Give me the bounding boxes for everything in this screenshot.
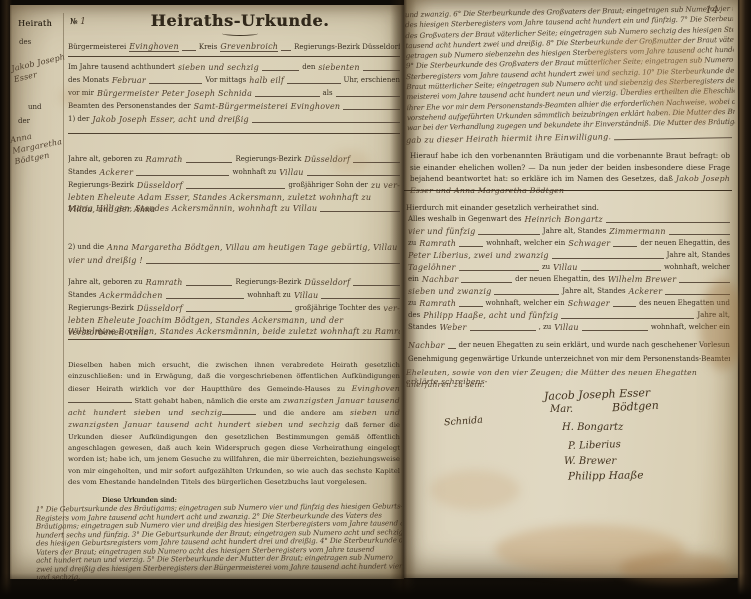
handwritten-text: Ackerer xyxy=(100,168,134,177)
form-number: № 1 xyxy=(70,17,86,27)
fill-line xyxy=(613,245,637,247)
bride-line-status: StandesAckermädchenwohnhaft zuVillau xyxy=(68,291,400,300)
handwritten-text: Samt-Bürgermeisterei Evinghoven xyxy=(194,102,341,111)
signature-witness-1: H. Bongartz xyxy=(562,422,623,433)
signature-witness-3: W. Brewer xyxy=(564,456,616,467)
handwritten-text: Peter Liberius, zwei und zwanzig xyxy=(408,251,549,260)
printed-text: Regierungs-Bezirk xyxy=(235,155,301,164)
printed-text: der neuen Ehegattin, des xyxy=(515,275,605,284)
handwritten-text: Ackermädchen xyxy=(100,291,163,300)
printed-text: Im Jahre tausend achthundert xyxy=(68,63,175,72)
printed-text: Beamten des Personenstandes der xyxy=(68,102,191,111)
printed-text: der neuen Ehegattin, des xyxy=(640,239,730,248)
fill-line xyxy=(561,317,694,319)
printed-text: daß ferner die Urkunden dieser Aufkündig… xyxy=(68,421,400,485)
printed-text: Jahre alt, Standes xyxy=(667,251,730,260)
handwritten-text: Ramrath xyxy=(146,155,183,164)
fill-line xyxy=(459,245,483,247)
section-rule xyxy=(68,56,400,57)
printed-text: Alles weshalb in Gegenwart des xyxy=(408,215,521,224)
handwritten-text: Heinrich Bongartz xyxy=(524,215,602,224)
printed-text: des Monats xyxy=(68,76,109,85)
margin-heading-heirath: Heirath xyxy=(18,19,52,28)
fill-line xyxy=(448,347,456,349)
fill-line xyxy=(146,262,400,264)
witness-line: StandesWeber, zuVillauwohnhaft, welcher … xyxy=(408,323,730,332)
printed-text: wohnhaft, welcher xyxy=(664,263,730,272)
fill-line xyxy=(470,329,536,331)
documents-list: 1° Die Geburtsurkunde des Bräutigams; ei… xyxy=(36,502,403,582)
margin-label-der: der xyxy=(18,117,30,125)
fill-line xyxy=(552,257,664,259)
fill-line xyxy=(166,297,245,299)
fill-line xyxy=(307,174,400,176)
handwritten-text: Düsseldorf xyxy=(137,181,183,190)
section-rule xyxy=(68,339,400,340)
signature-registrar: Schnida xyxy=(444,415,484,429)
handwritten-text: vier und fünfzig xyxy=(408,227,475,236)
handwritten-text: Evinghoven xyxy=(129,42,179,52)
handwritten-text: siebenten xyxy=(318,63,359,72)
fill-line xyxy=(252,121,400,123)
printed-text: Vor mittags xyxy=(205,76,246,85)
fill-line xyxy=(665,293,730,295)
printed-text: wohnhaft, welcher ein xyxy=(486,299,565,308)
fill-line xyxy=(582,329,648,331)
handwritten-text: sieben und zwanzig xyxy=(408,287,491,296)
handwritten-text: Düsseldorf xyxy=(137,304,183,313)
margin-label-des: des xyxy=(19,38,31,46)
handwritten-text: Philipp Haaße, acht und fünfzig xyxy=(423,311,558,320)
section-rule xyxy=(404,190,732,191)
fill-line xyxy=(281,49,291,51)
printed-text: , zu xyxy=(539,323,552,332)
consent-paragraph: Dieselben haben mich ersucht, die zwisch… xyxy=(68,360,400,488)
handwritten-text: Ramrath xyxy=(419,299,456,308)
handwritten-text: Wilhelmine Borellen, Standes Ackersmänni… xyxy=(68,327,400,336)
fill-line xyxy=(287,82,340,84)
handwritten-text: Ramrath xyxy=(419,239,456,248)
bride-parents-line2: Wilhelmine Borellen, Standes Ackersmänni… xyxy=(68,327,400,336)
printed-text: Jahre alt, geboren zu xyxy=(68,278,143,287)
form-line-year: Im Jahre tausend achthundertsieben und s… xyxy=(68,63,400,72)
groom-line-status: StandesAckererwohnhaft zuVillau xyxy=(68,168,400,177)
printed-text: Kreis xyxy=(199,43,218,52)
printed-text: wohnhaft, welcher ein xyxy=(651,323,730,332)
printed-text: Jahre alt, Standes xyxy=(562,287,625,296)
handwritten-text: Anna Margaretha Bödtgen, Villau am heuti… xyxy=(107,243,398,252)
signature-witness-4: Philipp Haaße xyxy=(568,469,644,482)
printed-text: Dieselben haben mich ersucht, die zwisch… xyxy=(68,361,400,393)
handwritten-text: gab zu dieser Heirath hiermit ihre Einwi… xyxy=(406,132,611,145)
fill-line xyxy=(614,136,732,140)
handwritten-text: Weber xyxy=(440,323,467,332)
handwritten-text: sieben und sechzig xyxy=(178,63,259,72)
printed-text: wohnhaft zu xyxy=(232,168,276,177)
margin-divider xyxy=(63,13,64,563)
printed-text: den xyxy=(302,63,315,72)
handwritten-text: Villau xyxy=(553,263,577,272)
book-edge-right xyxy=(737,0,751,599)
printed-text: wohnhaft zu xyxy=(247,291,291,300)
fill-line xyxy=(478,233,539,235)
printed-text: 2) und die xyxy=(68,243,104,252)
signature-bride-last: Bödtgen xyxy=(612,399,659,414)
fill-line xyxy=(182,49,196,51)
fill-line xyxy=(581,269,661,271)
bride-line-district: Regierungs-BezirkDüsseldorfgroßjährige T… xyxy=(68,304,400,313)
fill-line xyxy=(320,210,400,212)
fill-line xyxy=(461,281,512,283)
printed-text: Regierungs-Bezirk xyxy=(235,278,301,287)
handwritten-text: vier und dreißig ! xyxy=(68,256,143,265)
bride-line-birth: Jahre alt, geboren zuRamrathRegierungs-B… xyxy=(68,278,400,287)
closing-handwriting-line: unerfahren zu sein. xyxy=(406,380,606,389)
handwriting-continuation: und zwanzig. 6° Die Sterbeurkunde des Gr… xyxy=(405,4,735,134)
printed-text: zu xyxy=(542,263,550,272)
book-spread-scan: Heirath des Jakob Joseph Esser und der A… xyxy=(0,0,751,599)
witness-line: vier und fünfzigJahre alt, StandesZimmer… xyxy=(408,227,730,236)
fill-line xyxy=(606,221,730,223)
printed-text: Regierungs-Bezirk xyxy=(68,304,134,313)
title-flourish xyxy=(222,31,258,36)
handwritten-text: Ramrath xyxy=(146,278,183,287)
printed-text: vor mir xyxy=(68,89,94,98)
printed-text: wohnhaft, welcher ein xyxy=(486,239,565,248)
witness-line: zuRamrathwohnhaft, welcher einSchwagerde… xyxy=(408,299,730,308)
margin-label-und: und xyxy=(28,103,42,111)
printed-text: Standes xyxy=(68,168,97,177)
fill-line xyxy=(494,293,559,295)
witness-line: Nachbarder neuen Ehegatten zu sein erklä… xyxy=(408,341,730,350)
section-rule xyxy=(68,133,400,134)
book-edge-bottom xyxy=(0,573,751,599)
printed-text: und die andere am xyxy=(256,409,350,417)
form-line-official: vor mirBürgermeister Peter Joseph Schnid… xyxy=(68,89,400,98)
fill-line xyxy=(255,95,319,97)
fill-line xyxy=(186,161,233,163)
handwritten-text: Zimmermann xyxy=(609,227,666,236)
handwritten-text: Februar xyxy=(112,76,146,85)
handwritten-text: Wilhelm Brewer xyxy=(608,275,676,284)
handwritten-text: Nachbar xyxy=(422,275,459,284)
documents-heading: Diese Urkunden sind: xyxy=(102,496,177,504)
handwritten-text: Ackerer xyxy=(629,287,663,296)
handwritten-text: Villau xyxy=(554,323,578,332)
printed-text: als xyxy=(323,89,333,98)
witness-line: Alles weshalb in Gegenwart desHeinrich B… xyxy=(408,215,730,224)
printed-text: Jahre alt, geboren zu xyxy=(68,155,143,164)
printed-text: großjähriger Sohn der xyxy=(288,181,368,190)
right-page: 14. und zwanzig. 6° Die Sterbeurkunde de… xyxy=(404,0,738,578)
handwritten-text: Maria Hilligen, Standes Ackersmännin, wo… xyxy=(68,204,317,213)
number-label: № xyxy=(70,17,78,26)
fill-line xyxy=(613,305,636,307)
fill-line xyxy=(68,396,132,403)
fill-line xyxy=(262,69,299,71)
handwritten-text: Villau xyxy=(294,291,318,300)
printed-text: Regierungs-Bezirk Düsseldorf. xyxy=(294,43,400,52)
fill-line xyxy=(459,269,539,271)
printed-text: Statt gehabt haben, nämlich die erste am xyxy=(132,397,283,405)
handwritten-text: halb eilf xyxy=(249,76,284,85)
printed-text: Standes xyxy=(68,291,97,300)
handwritten-text: Düsseldorf xyxy=(304,155,350,164)
fill-line xyxy=(186,310,292,312)
witness-line: Genehmigung gegenwärtige Urkunde unterze… xyxy=(408,355,730,364)
number-value: 1 xyxy=(80,17,86,27)
bride-intro-line: 2) und dieAnna Margaretha Bödtgen, Villa… xyxy=(68,243,400,252)
book-edge-left xyxy=(0,0,12,599)
fill-line xyxy=(679,281,730,283)
printed-text: Regierungs-Bezirk xyxy=(68,181,134,190)
handwritten-text: Bürgermeister Peter Joseph Schnida xyxy=(97,89,252,98)
fill-line xyxy=(149,82,202,84)
declaration-line: Hierdurch mit einander gesetzlich verhei… xyxy=(406,203,599,212)
fill-line xyxy=(222,408,256,415)
witness-line: TagelöhnerzuVillauwohnhaft, welcher xyxy=(408,263,730,272)
margin-groom-name: Jakob Joseph Esser xyxy=(10,51,70,85)
groom-line-district: Regierungs-BezirkDüsseldorfgroßjähriger … xyxy=(68,181,400,190)
printed-text: Jahre alt, xyxy=(697,311,730,320)
fill-line xyxy=(459,305,482,307)
handwritten-text: Schwager xyxy=(568,239,610,248)
form-line-groom: 1) derJakob Joseph Esser, acht und dreiß… xyxy=(68,115,400,124)
handwritten-text: Düsseldorf xyxy=(304,278,350,287)
form-line-registrar: Beamten des Personenstandes derSamt-Bürg… xyxy=(68,102,400,111)
form-title: Heiraths-Urkunde. xyxy=(130,11,350,30)
left-page: Heirath des Jakob Joseph Esser und der A… xyxy=(10,5,404,579)
printed-text: des neuen Ehegatten und xyxy=(639,299,730,308)
fill-line xyxy=(186,187,286,189)
handwritten-text: Villau xyxy=(279,168,303,177)
witness-line: einNachbarder neuen Ehegattin, desWilhel… xyxy=(408,275,730,284)
witness-line: Peter Liberius, zwei und zwanzigJahre al… xyxy=(408,251,730,260)
witness-line: sieben und zwanzigJahre alt, StandesAcke… xyxy=(408,287,730,296)
printed-text: Bürgermeisterei xyxy=(68,43,126,52)
printed-text: großjährige Tochter des xyxy=(295,304,381,313)
fill-line xyxy=(136,174,229,176)
printed-text: Genehmigung gegenwärtige Urkunde unterze… xyxy=(408,355,730,364)
groom-parents-line2: Maria Hilligen, Standes Ackersmännin, wo… xyxy=(68,204,400,213)
handwritten-text: Grevenbroich xyxy=(220,42,278,52)
witness-line: zuRamrathwohnhaft, welcher einSchwagerde… xyxy=(408,239,730,248)
form-meta-line: BürgermeistereiEvinghovenKreisGrevenbroi… xyxy=(68,42,400,52)
signature-bride-first: Mar. xyxy=(550,404,573,415)
witness-line: desPhilipp Haaße, acht und fünfzigJahre … xyxy=(408,311,730,320)
fill-line xyxy=(186,284,233,286)
printed-text: der neuen Ehegatten zu sein erklärt, und… xyxy=(459,341,730,350)
printed-text: Jahre alt, Standes xyxy=(543,227,606,236)
printed-text: 1) der xyxy=(68,115,89,124)
groom-line-birth: Jahre alt, geboren zuRamrathRegierungs-B… xyxy=(68,155,400,164)
form-line-month: des MonatsFebruarVor mittagshalb eilfUhr… xyxy=(68,76,400,85)
binding-gutter xyxy=(390,0,416,599)
signature-witness-2: P. Liberius xyxy=(568,439,621,452)
fill-line xyxy=(321,297,400,299)
handwritten-text: Schwager xyxy=(568,299,610,308)
handwritten-text: Jakob Joseph Esser, acht und dreißig xyxy=(92,115,248,124)
bride-age-line: vier und dreißig ! xyxy=(68,256,400,265)
fill-line xyxy=(669,233,730,235)
